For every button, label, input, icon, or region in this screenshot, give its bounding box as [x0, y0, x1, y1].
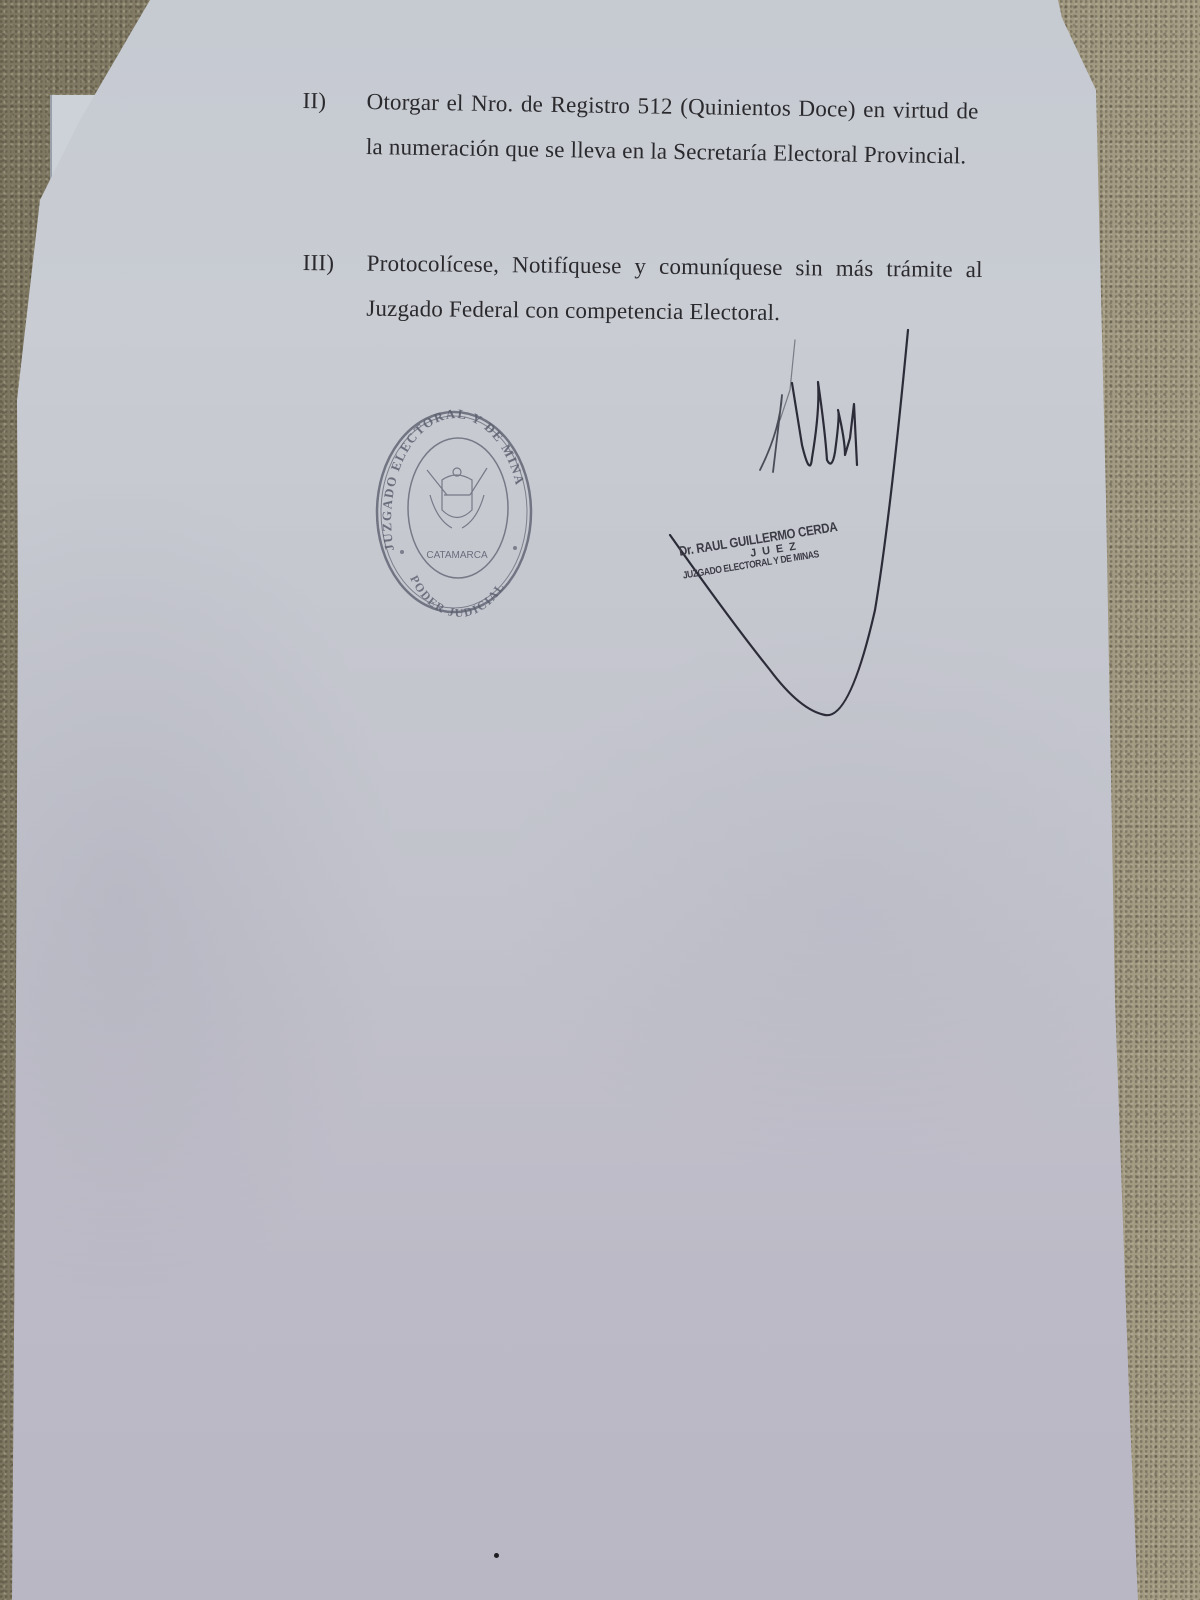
clause-text: Otorgar el Nro. de Registro 512 (Quinien…	[366, 79, 979, 179]
seal-center-text: CATAMARCA	[426, 550, 488, 561]
handwritten-signature	[650, 320, 910, 730]
document-page: II) Otorgar el Nro. de Registro 512 (Qui…	[0, 0, 1200, 1600]
official-seal: JUZGADO ELECTORAL Y DE MINAS PODER JUDIC…	[372, 400, 537, 625]
ink-dot	[494, 1553, 499, 1558]
svg-text:PODER JUDICIAL: PODER JUDICIAL	[407, 573, 507, 620]
coat-of-arms-icon	[427, 468, 487, 528]
clause-number: II)	[302, 78, 326, 123]
clause-ii: II) Otorgar el Nro. de Registro 512 (Qui…	[302, 78, 1003, 179]
seal-bottom-text: PODER JUDICIAL	[407, 573, 507, 620]
clause-number: III)	[303, 240, 335, 285]
